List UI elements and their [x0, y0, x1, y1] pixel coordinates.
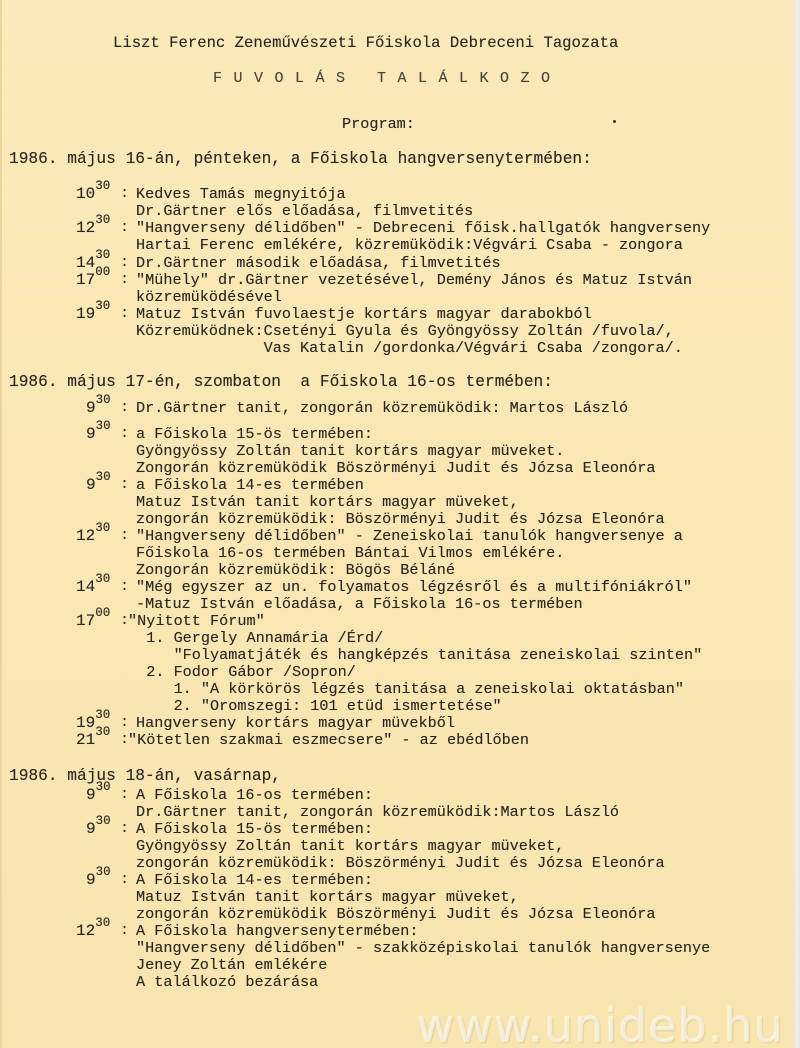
- event-line: A Főiskola 16-os termében:: [136, 786, 373, 804]
- time-colon: :: [120, 476, 129, 494]
- time-colon: :: [120, 399, 129, 417]
- institution-heading: Liszt Ferenc Zeneművészeti Főiskola Debr…: [113, 34, 618, 52]
- day-2-event-8-time: 2130: [76, 731, 110, 750]
- page-edge: [793, 0, 800, 1048]
- document-title: FUVOLÁS TALÁLKOZO: [213, 70, 562, 88]
- day-2-heading: 1986. május 17-én, szombaton a Főiskola …: [9, 373, 553, 391]
- day-1-heading: 1986. május 16-án, pénteken, a Főiskola …: [9, 150, 592, 168]
- day-1-event-1-time: 1030: [76, 185, 110, 204]
- event-line: 2. "Oromszegi: 101 etüd ismertetése": [128, 697, 502, 715]
- day-1-event-4-time: 1700: [76, 271, 110, 290]
- event-line: Zongorán közremüködik Böszörményi Judit …: [136, 459, 656, 477]
- event-line: A Főiskola hangversenytermében:: [136, 922, 419, 940]
- event-line: A Főiskola 15-ös termében:: [136, 820, 373, 838]
- time-colon: :: [120, 254, 129, 272]
- day-3-event-4-time: 1230: [76, 922, 110, 941]
- time-colon: :: [120, 305, 129, 323]
- event-line: Kedves Tamás megnyitója: [136, 185, 346, 203]
- event-line: "Kötetlen szakmai eszmecsere" - az ebédl…: [128, 731, 529, 749]
- day-2-event-6-time: 1700: [76, 612, 110, 631]
- time-colon: :: [120, 185, 129, 203]
- event-line: közremüködésével: [136, 288, 282, 306]
- event-line: -Matuz István előadása, a Főiskola 16-os…: [136, 595, 583, 613]
- event-line: Jeney Zoltán emlékére: [136, 956, 327, 974]
- event-line: Közremüködnek:Csetényi Gyula és Gyöngyös…: [136, 322, 674, 340]
- event-line: "Nyitott Fórum": [128, 612, 265, 630]
- time-colon: :: [120, 578, 129, 596]
- event-line: "Hangverseny délidőben" - Debreceni főis…: [136, 219, 710, 237]
- event-line: "Hangverseny délidőben" - szakközépiskol…: [136, 939, 710, 957]
- watermark: www.unideb.hu: [417, 999, 784, 1048]
- event-line: Matuz István tanit kortárs magyar müveke…: [136, 493, 519, 511]
- program-label: Program:: [342, 115, 415, 133]
- day-3-event-2-time: 930: [86, 820, 111, 839]
- event-line: "Mühely" dr.Gärtner vezetésével, Demény …: [136, 271, 692, 289]
- event-line: A Főiskola 14-es termében:: [136, 871, 373, 889]
- time-colon: :: [120, 714, 129, 732]
- event-line: Zongorán közremüködik: Bögös Béláné: [136, 561, 455, 579]
- time-colon: :: [120, 820, 129, 838]
- event-line: Gyöngyössy Zoltán tanit kortárs magyar m…: [136, 442, 564, 460]
- event-line: zongorán közremüködik Böszörményi Judit …: [136, 905, 656, 923]
- event-line: Dr.Gärtner elős előadása, filmvetités: [136, 202, 473, 220]
- time-colon: :: [120, 527, 129, 545]
- day-3-heading: 1986. május 18-án, vasárnap,: [9, 767, 281, 785]
- time-colon: :: [120, 922, 129, 940]
- event-line: 1. "A körkörös légzés tanitása a zeneisk…: [128, 680, 684, 698]
- day-2-event-5-time: 1430: [76, 578, 110, 597]
- event-line: Dr.Gärtner tanit, zongorán közremüködik:…: [136, 399, 628, 417]
- event-line: Dr.Gärtner tanit, zongorán közremüködik:…: [136, 803, 619, 821]
- event-line: a Főiskola 14-es termében: [136, 476, 364, 494]
- event-line: a Főiskola 15-ös termében:: [136, 425, 373, 443]
- time-colon: :: [120, 425, 129, 443]
- event-line: Vas Katalin /gordonka/Végvári Csaba /zon…: [136, 339, 683, 357]
- day-2-event-4-time: 1230: [76, 527, 110, 546]
- event-line: "Folyamatjáték és hangképzés tanitása ze…: [128, 646, 702, 664]
- day-2-event-3-time: 930: [86, 476, 111, 495]
- day-3-event-1-time: 930: [86, 786, 111, 805]
- event-line: Dr.Gärtner második előadása, filmvetités: [136, 254, 501, 272]
- event-line: "Még egyszer az un. folyamatos légzésről…: [136, 578, 692, 596]
- day-1-event-5-time: 1930: [76, 305, 110, 324]
- event-line: Matuz István tanit kortárs magyar müveke…: [136, 888, 519, 906]
- day-2-event-1-time: 930: [86, 399, 111, 418]
- time-colon: :: [120, 786, 129, 804]
- event-line: 2. Fodor Gábor /Sopron/: [128, 663, 356, 681]
- event-line: 1. Gergely Annamária /Érd/: [128, 629, 383, 647]
- time-colon: :: [120, 271, 129, 289]
- event-line: Gyöngyössy Zoltán tanit kortárs magyar m…: [136, 837, 564, 855]
- day-3-event-3-time: 930: [86, 871, 111, 890]
- event-line: A találkozó bezárása: [136, 973, 318, 991]
- day-1-event-2-time: 1230: [76, 219, 110, 238]
- event-line: Főiskola 16-os termében Bántai Vilmos em…: [136, 544, 564, 562]
- day-2-event-2-time: 930: [86, 425, 111, 444]
- event-line: "Hangverseny délidőben" - Zeneiskolai ta…: [136, 527, 683, 545]
- event-line: Hangverseny kortárs magyar müvekből: [136, 714, 455, 732]
- event-line: zongorán közremüködik: Böszörményi Judit…: [136, 854, 665, 872]
- event-line: Matuz István fuvolaestje kortárs magyar …: [136, 305, 592, 323]
- event-line: zongorán közremüködik: Böszörményi Judit…: [136, 510, 665, 528]
- time-colon: :: [120, 219, 129, 237]
- event-line: Hartai Ferenc emlékére, közremüködik:Vég…: [136, 236, 683, 254]
- ink-speck: [613, 120, 616, 123]
- time-colon: :: [120, 871, 129, 889]
